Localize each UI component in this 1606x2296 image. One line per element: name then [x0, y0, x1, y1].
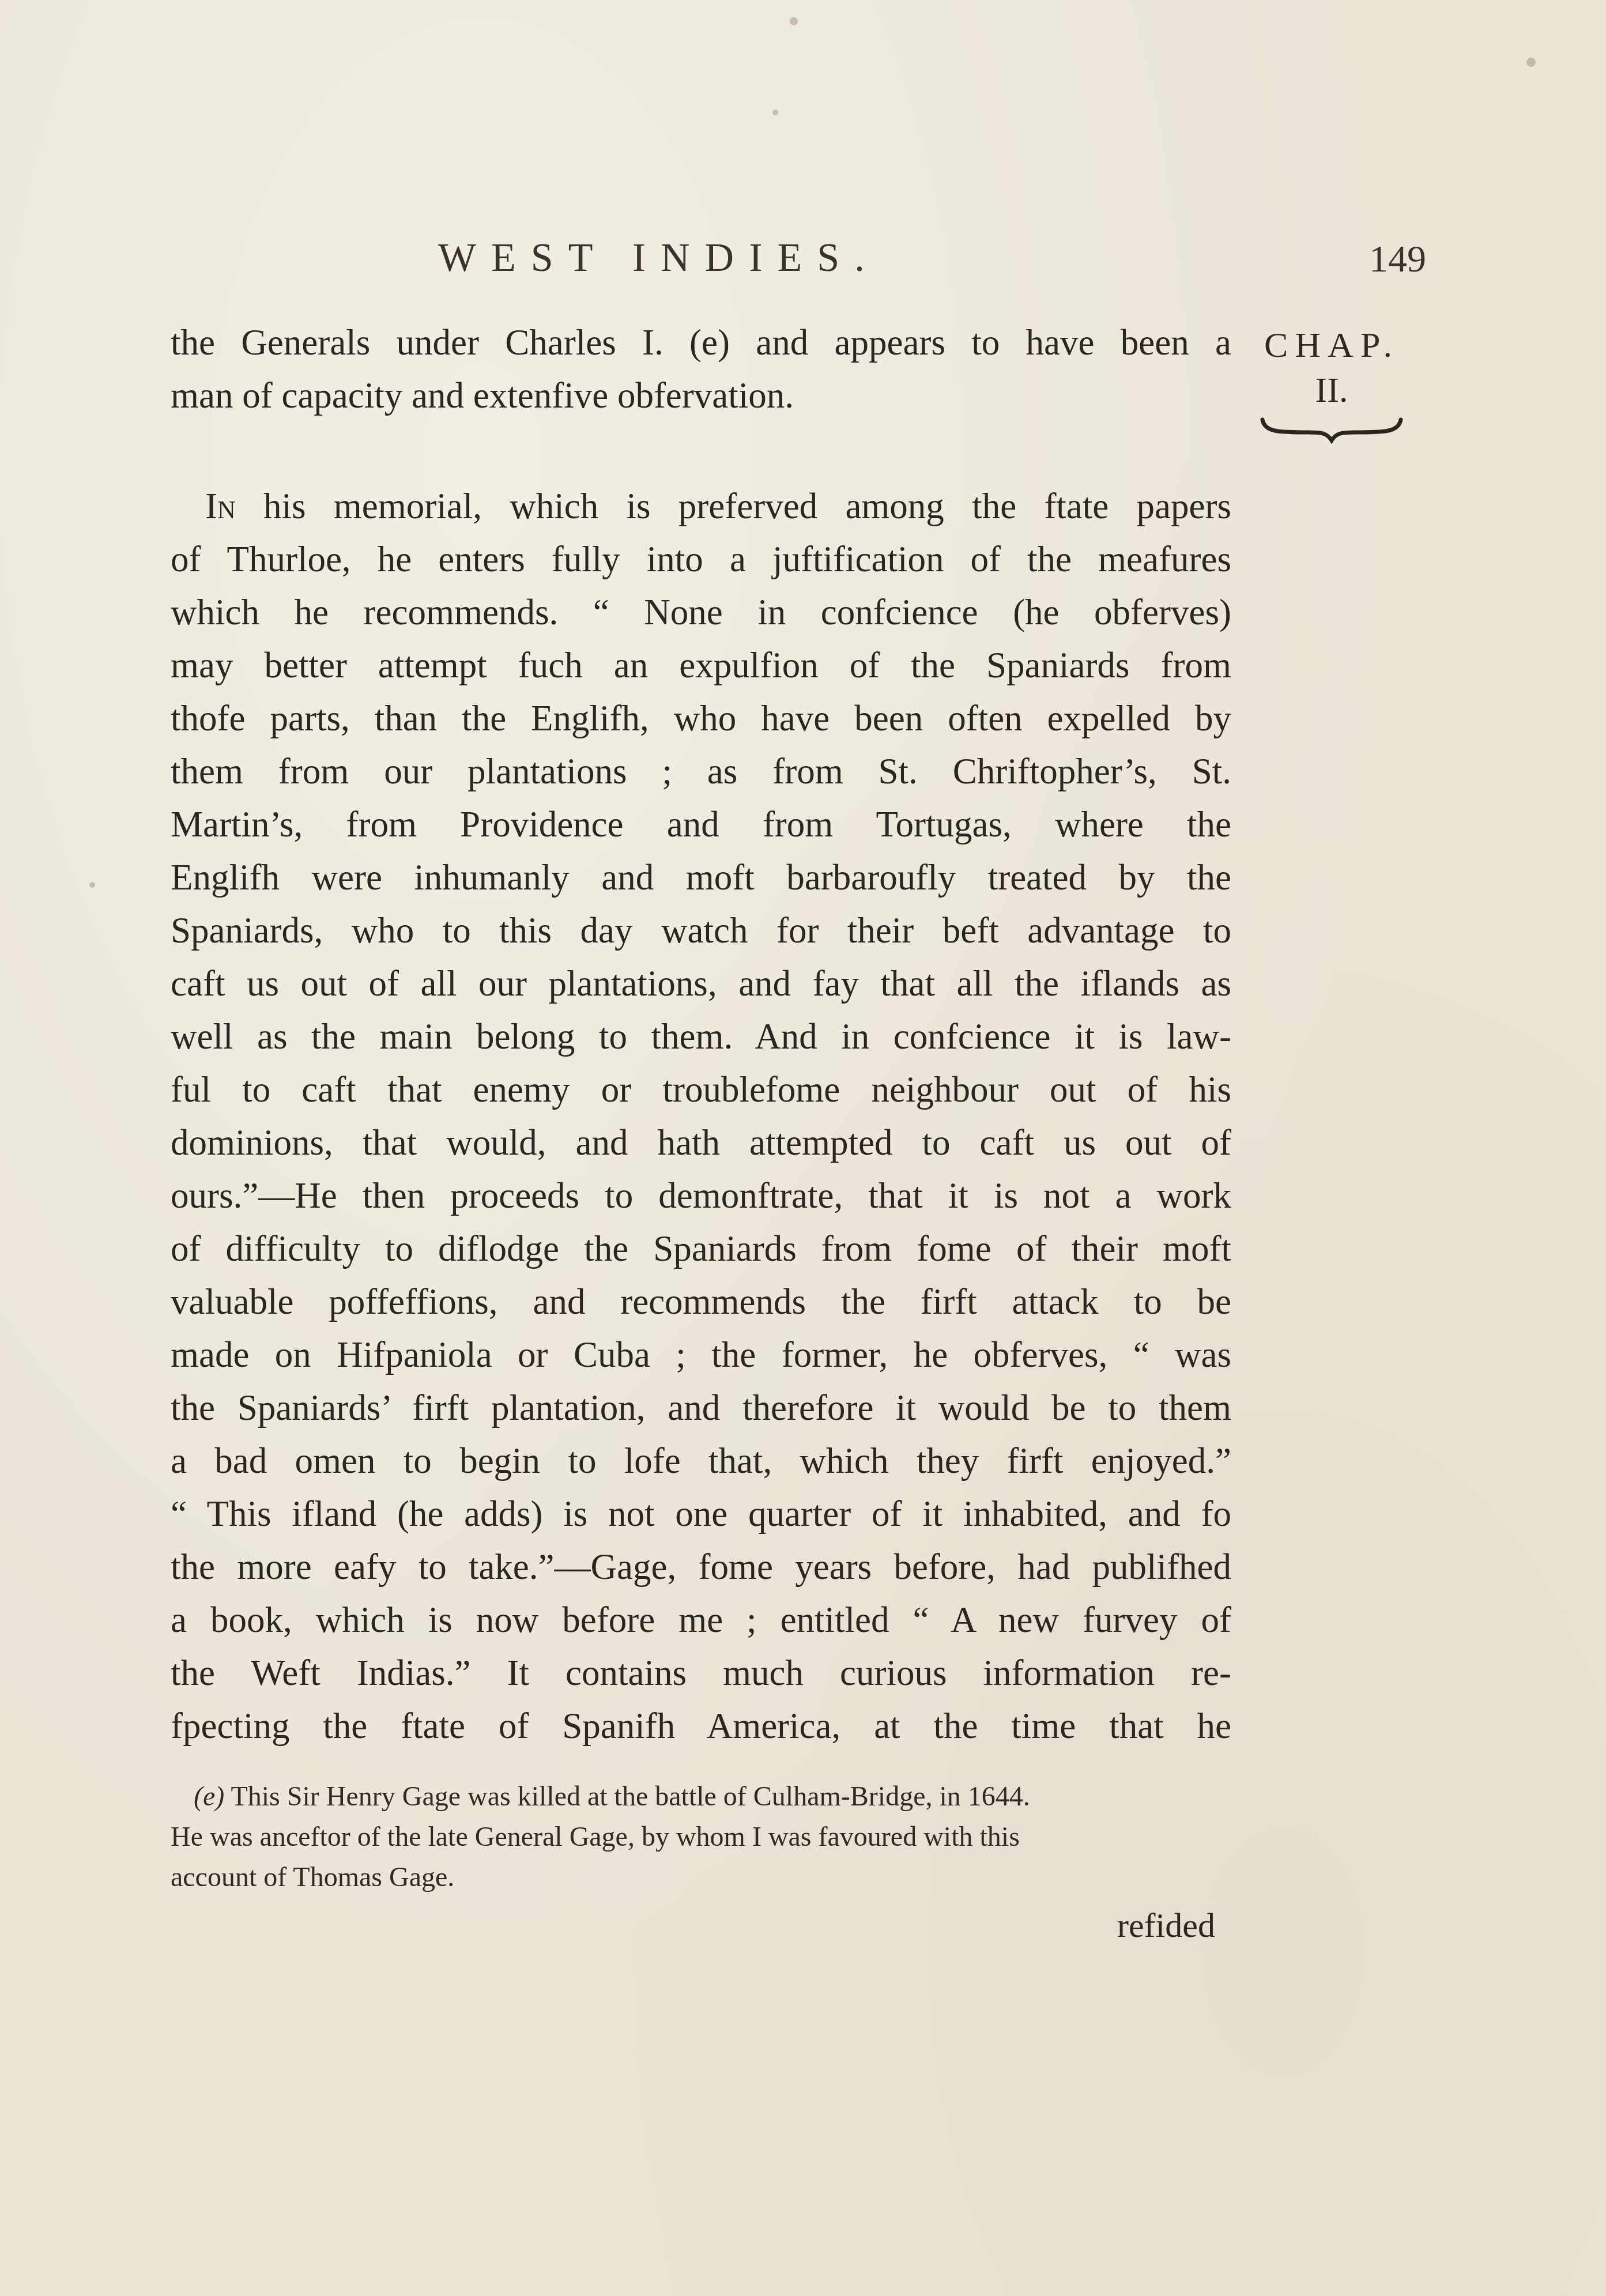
- text-line: ours.”—He then proceeds to demonftrate, …: [171, 1169, 1231, 1222]
- paper-speck: [790, 17, 798, 25]
- footnote-line: (e) This Sir Henry Gage was killed at th…: [171, 1777, 1254, 1817]
- text-line: well as the main belong to them. And in …: [171, 1010, 1231, 1063]
- footnote-line: He was anceftor of the late General Gage…: [171, 1817, 1254, 1857]
- text-line: “ This ifland (he adds) is not one quart…: [171, 1487, 1231, 1540]
- text-line: may better attempt fuch an expulfion of …: [171, 639, 1231, 692]
- page-number: 149: [1369, 237, 1426, 281]
- paper-speck: [772, 110, 778, 115]
- paper-speck: [1526, 58, 1536, 67]
- text-line: a book, which is now before me ; entitle…: [171, 1593, 1231, 1646]
- footnote-marker: (e): [194, 1781, 224, 1812]
- text-line: Martin’s, from Providence and from Tortu…: [171, 798, 1231, 851]
- text-line: which he recommends. “ None in confcienc…: [171, 586, 1231, 639]
- text-line: ful to caft that enemy or troublefome ne…: [171, 1063, 1231, 1116]
- footnote-text: This Sir Henry Gage was killed at the ba…: [231, 1781, 1030, 1812]
- footnote-line: account of Thomas Gage.: [171, 1857, 1254, 1898]
- catchword: refided: [1117, 1906, 1215, 1946]
- text-line: of difficulty to diflodge the Spaniards …: [171, 1222, 1231, 1275]
- text-line: Spaniards, who to this day watch for the…: [171, 904, 1231, 957]
- text-line: thofe parts, than the Englifh, who have …: [171, 692, 1231, 745]
- footnote: (e) This Sir Henry Gage was killed at th…: [171, 1777, 1254, 1898]
- paragraph-1: the Generals under Charles I. (e) and ap…: [171, 316, 1231, 422]
- text-line: dominions, that would, and hath attempte…: [171, 1116, 1231, 1169]
- text-line: the Generals under Charles I. (e) and ap…: [171, 316, 1231, 369]
- text-line: a bad omen to begin to lofe that, which …: [171, 1434, 1231, 1487]
- text-line: the Weft Indias.” It contains much curio…: [171, 1646, 1231, 1699]
- paragraph-2: In his memorial, which is preferved amon…: [171, 480, 1231, 1752]
- text-line: Englifh were inhumanly and moft barbarou…: [171, 851, 1231, 904]
- text-line: of Thurloe, he enters fully into a jufti…: [171, 533, 1231, 586]
- text-line: caft us out of all our plantations, and …: [171, 957, 1231, 1010]
- text-line: In his memorial, which is preferved amon…: [171, 480, 1231, 533]
- chapter-margin-note: CHAP. II.: [1257, 323, 1407, 444]
- running-head: WEST INDIES.: [438, 235, 880, 281]
- paper-speck: [89, 882, 95, 888]
- text-line: them from our plantations ; as from St. …: [171, 745, 1231, 798]
- text-line: the more eafy to take.”—Gage, fome years…: [171, 1540, 1231, 1593]
- text-line: the Spaniards’ firft plantation, and the…: [171, 1381, 1231, 1434]
- decorative-brace-icon: [1257, 415, 1407, 444]
- text-line: made on Hifpaniola or Cuba ; the former,…: [171, 1328, 1231, 1381]
- chapter-number: II.: [1257, 368, 1407, 413]
- text-line-content: his memorial, which is preferved among t…: [236, 486, 1231, 526]
- lead-word: In: [205, 486, 236, 526]
- text-line: fpecting the ftate of Spanifh America, a…: [171, 1699, 1231, 1752]
- book-page: WEST INDIES. 149 CHAP. II. the Generals …: [0, 0, 1606, 2296]
- chapter-label: CHAP.: [1257, 323, 1407, 368]
- body-text: the Generals under Charles I. (e) and ap…: [171, 316, 1231, 1752]
- text-line: valuable poffeffions, and recommends the…: [171, 1275, 1231, 1328]
- text-line: man of capacity and extenfive obfervatio…: [171, 369, 1231, 422]
